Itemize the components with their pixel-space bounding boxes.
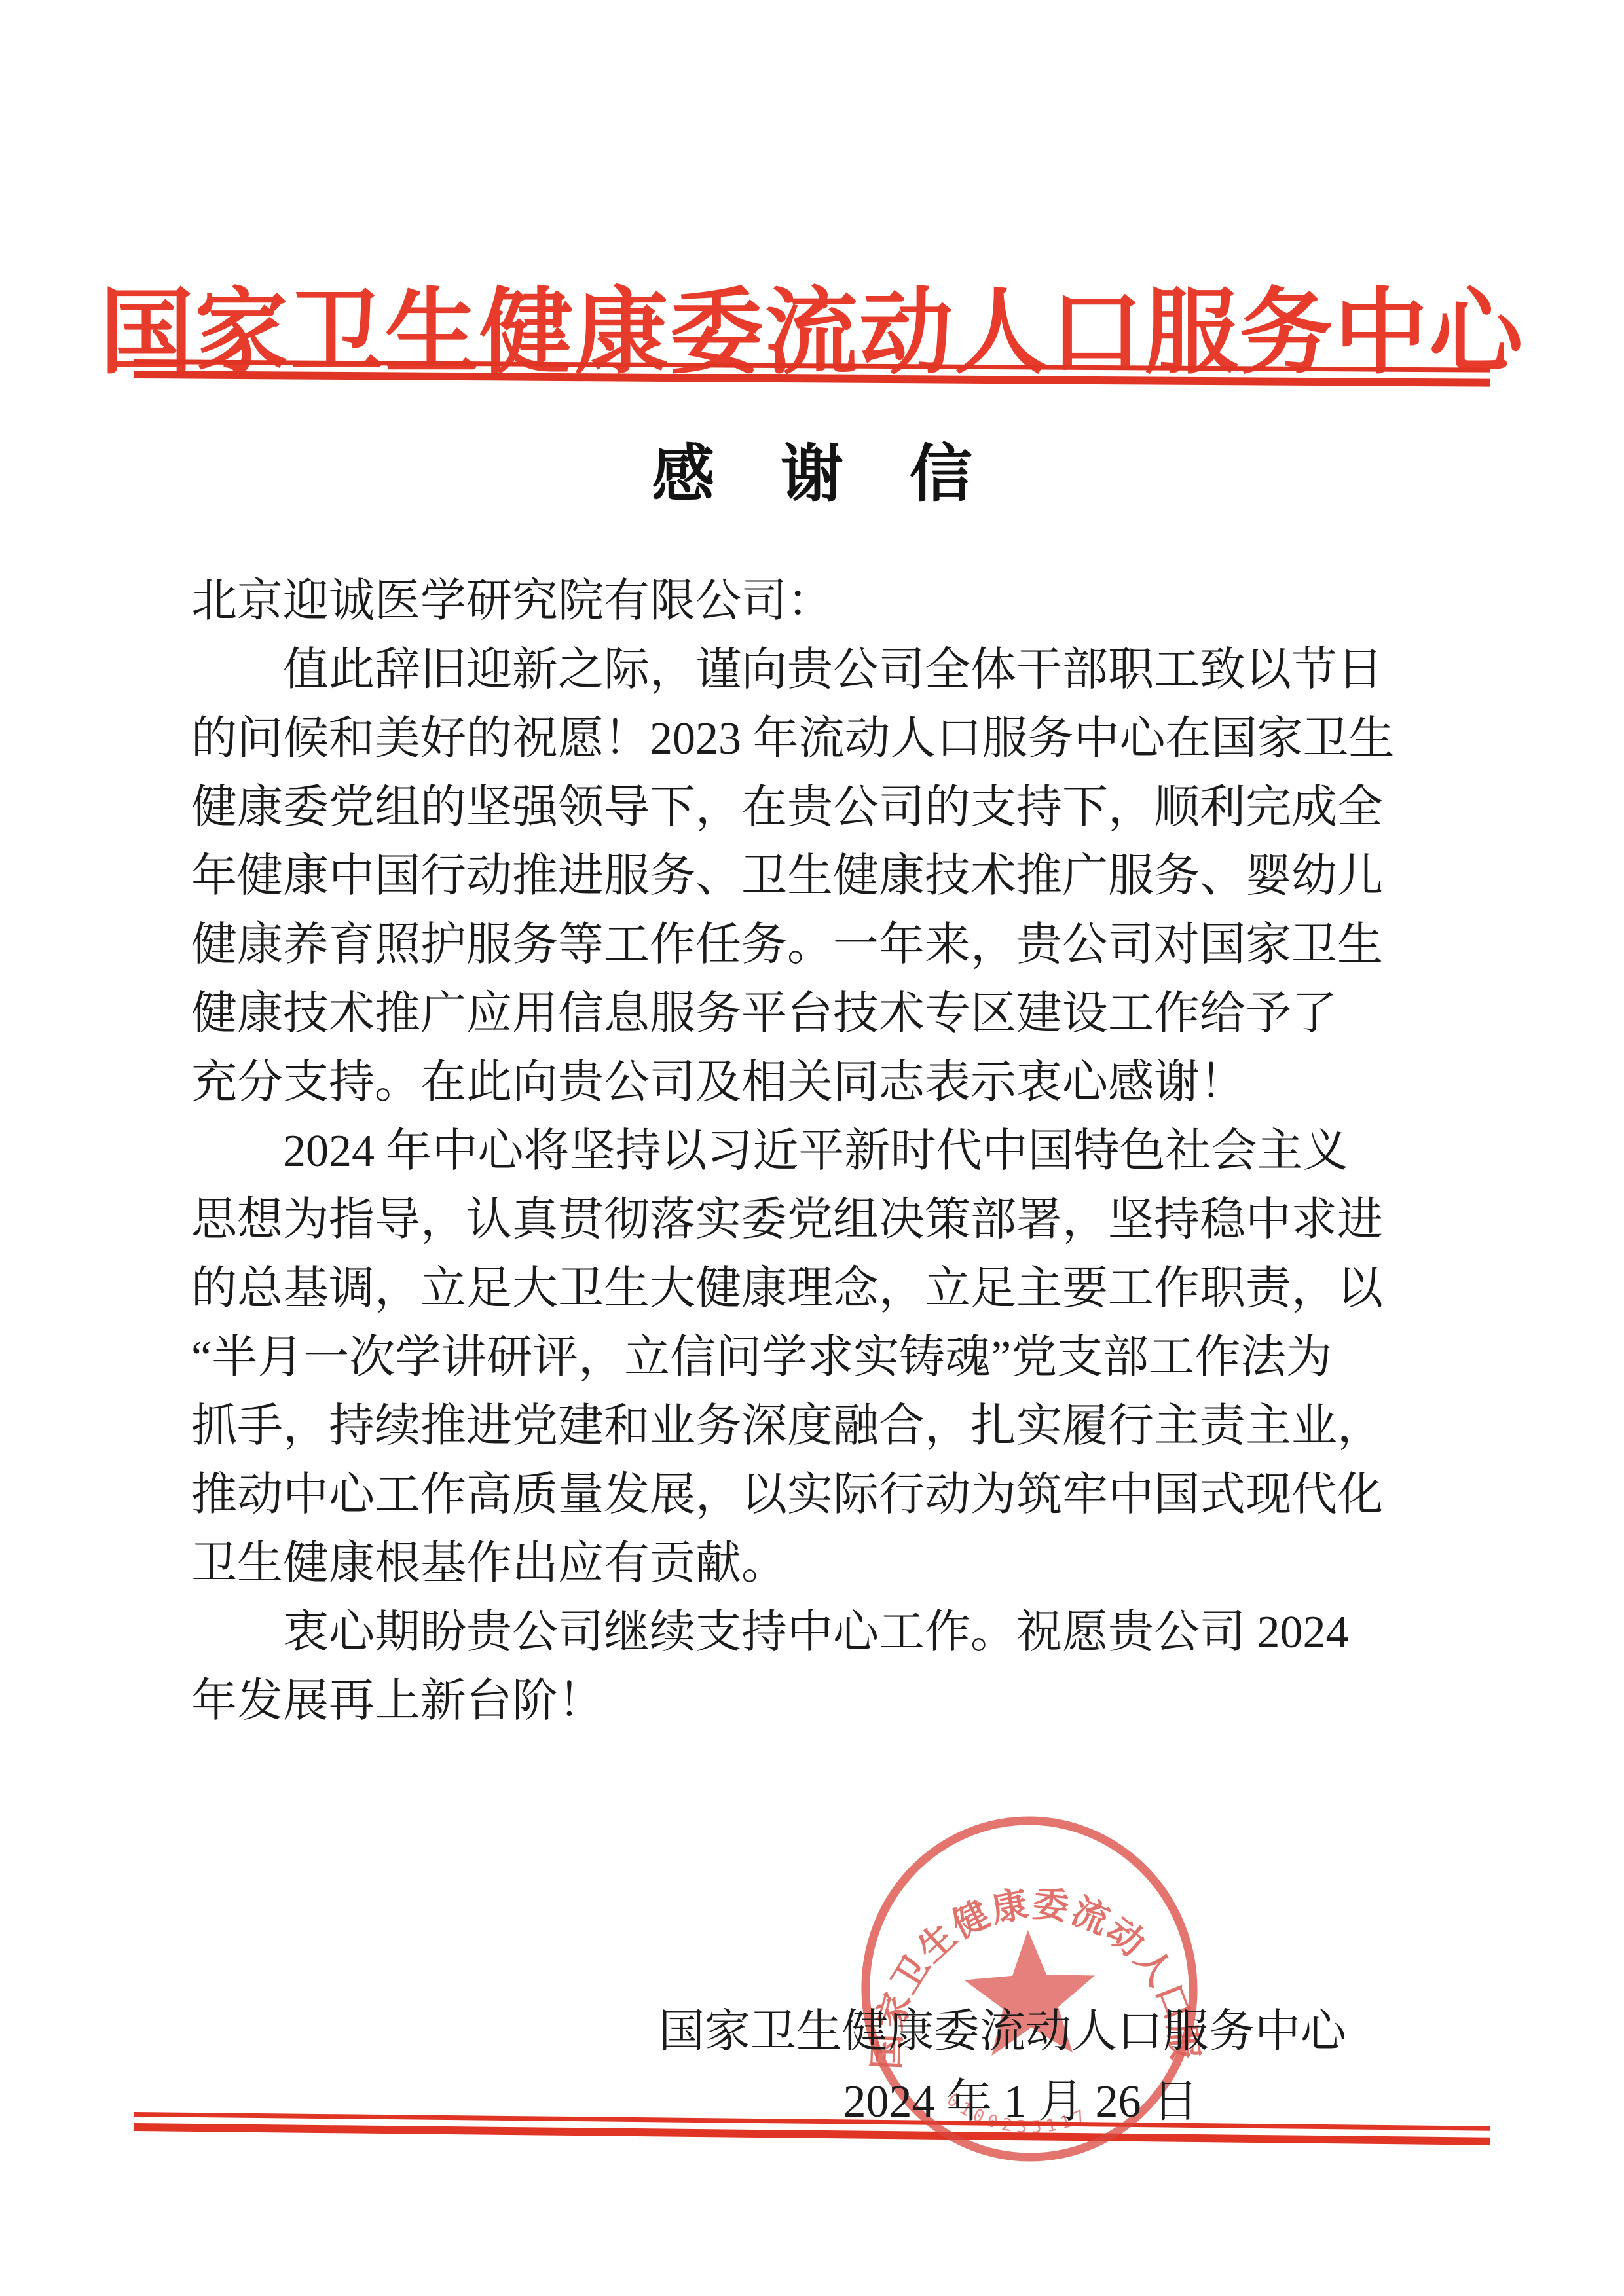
letter-title: 感谢信: [652, 424, 1038, 514]
body-line: “半月一次学讲研评，立信问学求实铸魂”党支部工作法为: [191, 1323, 1439, 1392]
body-line: 健康技术推广应用信息服务平台技术专区建设工作给予了: [191, 979, 1439, 1048]
body-text: 北京迎诚医学研究院有限公司：值此辞旧迎新之际，谨向贵公司全体干部职工致以节日的问…: [191, 567, 1439, 1736]
body-line: 推动中心工作高质量发展，以实际行动为筑牢中国式现代化: [191, 1461, 1439, 1529]
body-line: 年健康中国行动推进服务、卫生健康技术推广服务、婴幼儿: [191, 842, 1439, 911]
body-line: 值此辞旧迎新之际，谨向贵公司全体干部职工致以节日: [191, 636, 1439, 704]
paragraph: 2024 年中心将坚持以习近平新时代中国特色社会主义思想为指导，认真贯彻落实委党…: [191, 1117, 1439, 1598]
body-line: 衷心期盼贵公司继续支持中心工作。祝愿贵公司 2024: [191, 1598, 1439, 1667]
body-line: 北京迎诚医学研究院有限公司：: [191, 567, 1439, 636]
official-seal: 国家卫生健康委流动人口服务中心 0100235117: [830, 1784, 1228, 2195]
paragraph: 衷心期盼贵公司继续支持中心工作。祝愿贵公司 2024年发展再上新台阶！: [191, 1598, 1439, 1736]
body-line: 抓手，持续推进党建和业务深度融合，扎实履行主责主业，: [191, 1392, 1439, 1461]
footer-double-rule: [134, 2112, 1490, 2145]
body-line: 充分支持。在此向贵公司及相关同志表示衷心感谢！: [191, 1048, 1439, 1117]
signature-date: 2024 年 1 月 26 日: [843, 2064, 1199, 2130]
title-row: 感谢信: [0, 424, 1624, 514]
body-line: 思想为指导，认真贯彻落实委党组决策部署，坚持稳中求进: [191, 1186, 1439, 1254]
signature-org-name: 国家卫生健康委流动人口服务中心: [659, 1994, 1346, 2060]
body-line: 的总基调，立足大卫生大健康理念，立足主要工作职责，以: [191, 1254, 1439, 1323]
body-line: 的问候和美好的祝愿！2023 年流动人口服务中心在国家卫生: [191, 704, 1439, 773]
body-line: 健康养育照护服务等工作任务。一年来，贵公司对国家卫生: [191, 911, 1439, 979]
letter-page: 国家卫生健康委流动人口服务中心 感谢信 北京迎诚医学研究院有限公司：值此辞旧迎新…: [0, 0, 1624, 2296]
body-line: 卫生健康根基作出应有贡献。: [191, 1529, 1439, 1598]
paragraph: 值此辞旧迎新之际，谨向贵公司全体干部职工致以节日的问候和美好的祝愿！2023 年…: [191, 636, 1439, 1117]
paragraph: 北京迎诚医学研究院有限公司：: [191, 567, 1439, 636]
body-line: 2024 年中心将坚持以习近平新时代中国特色社会主义: [191, 1117, 1439, 1186]
body-line: 年发展再上新台阶！: [191, 1667, 1439, 1736]
body-line: 健康委党组的坚强领导下，在贵公司的支持下，顺利完成全: [191, 773, 1439, 842]
